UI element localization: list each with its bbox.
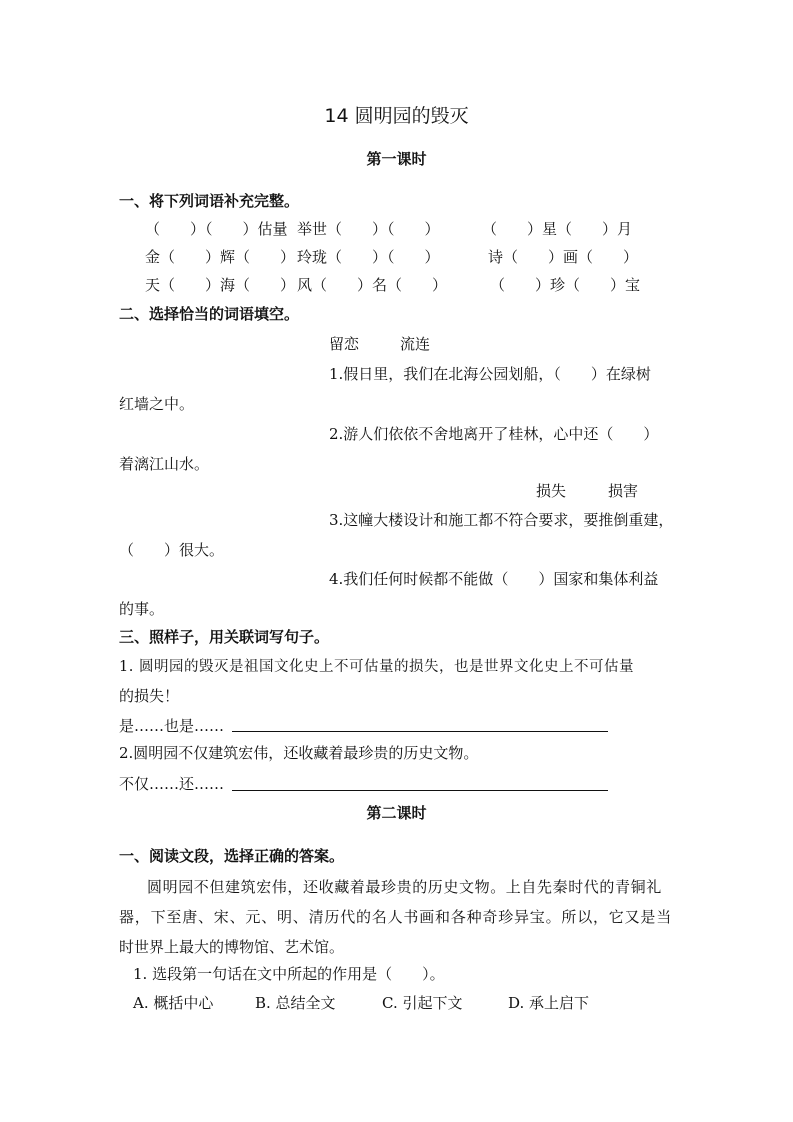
question-text: 3.这幢大楼设计和施工都不符合要求，要推倒重建， <box>329 509 673 530</box>
fill-blank-item: 举世（ ）（ ） <box>297 218 440 239</box>
conjunction-prompt: 是……也是…… <box>119 715 224 736</box>
document-title: 14 圆明园的毁灭 <box>0 101 793 128</box>
lesson2-label: 第二课时 <box>0 802 793 823</box>
question-text: 1.假日里，我们在北海公园划船，（ ）在绿树 <box>329 363 651 384</box>
example-sentence: 2.圆明园不仅建筑宏伟，还收藏着最珍贵的历史文物。 <box>119 742 478 763</box>
answer-option-b[interactable]: B. 总结全文 <box>255 992 336 1013</box>
fill-blank-item: （ ）珍（ ）宝 <box>490 274 640 295</box>
word-choice: 留恋 <box>329 333 359 354</box>
fill-blank-item: 金（ ）辉（ ） <box>145 246 295 267</box>
reading-paragraph: 圆明园不但建筑宏伟，还收藏着最珍贵的历史文物。上自先秦时代的青铜礼 <box>147 876 662 897</box>
lesson1-section2-heading: 二、选择恰当的词语填空。 <box>119 303 299 324</box>
answer-line[interactable] <box>232 731 608 732</box>
question-text: 2.游人们依依不舍地离开了桂林，心中还（ ） <box>329 423 658 444</box>
word-choice: 损失 <box>536 480 566 501</box>
question-text: 红墙之中。 <box>119 393 194 414</box>
example-sentence: 的损失！ <box>119 685 179 706</box>
question-text: 4.我们任何时候都不能做（ ）国家和集体利益 <box>329 568 658 589</box>
question-text: 1. 选段第一句话在文中所起的作用是（ ）。 <box>133 963 445 984</box>
question-text: 的事。 <box>119 598 164 619</box>
fill-blank-item: 风（ ）名（ ） <box>297 274 447 295</box>
reading-paragraph: 器，下至唐、宋、元、明、清历代的名人书画和各种奇珍异宝。所以，它又是当 <box>119 906 672 927</box>
question-text: （ ）很大。 <box>119 539 224 560</box>
lesson1-label: 第一课时 <box>0 148 793 169</box>
fill-blank-item: （ ）（ ）估量 <box>145 218 288 239</box>
conjunction-prompt: 不仅……还…… <box>119 773 224 794</box>
lesson2-section1-heading: 一、阅读文段，选择正确的答案。 <box>119 845 344 866</box>
word-choice: 流连 <box>400 333 430 354</box>
fill-blank-item: 玲珑（ ）（ ） <box>297 246 440 267</box>
fill-blank-item: 诗（ ）画（ ） <box>488 246 638 267</box>
question-text: 着漓江山水。 <box>119 453 209 474</box>
answer-option-c[interactable]: C. 引起下文 <box>382 992 462 1013</box>
answer-option-a[interactable]: A. 概括中心 <box>133 992 213 1013</box>
word-choice: 损害 <box>608 480 638 501</box>
answer-option-d[interactable]: D. 承上启下 <box>508 992 589 1013</box>
answer-line[interactable] <box>232 790 608 791</box>
fill-blank-item: 天（ ）海（ ） <box>145 274 295 295</box>
reading-paragraph: 时世界上最大的博物馆、艺术馆。 <box>119 936 344 957</box>
fill-blank-item: （ ）星（ ）月 <box>482 218 632 239</box>
lesson1-section3-heading: 三、照样子，用关联词写句子。 <box>119 626 329 647</box>
lesson1-section1-heading: 一、将下列词语补充完整。 <box>119 190 299 211</box>
example-sentence: 1. 圆明园的毁灭是祖国文化史上不可估量的损失，也是世界文化史上不可估量 <box>119 655 634 676</box>
